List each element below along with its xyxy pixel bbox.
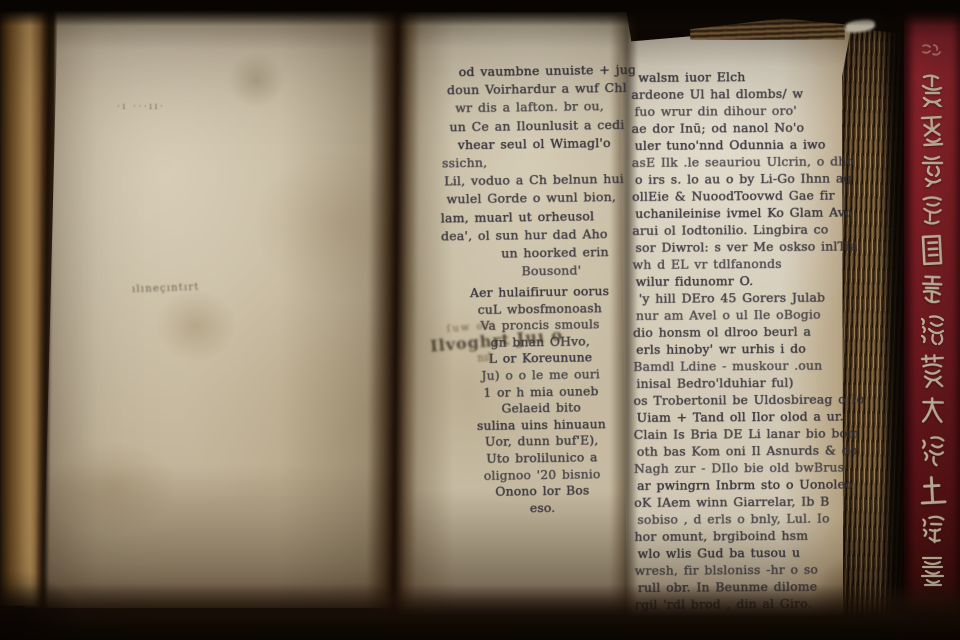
text-line: un hoorked erin [501,243,637,263]
faint-ink-mark: ·ı ···ıı· [117,102,165,112]
bottom-left-shadow [0,540,120,640]
text-line: dio honsm ol dlroo beurl a [633,322,877,341]
text-line: Clain Is Bria DE Li lanar bio bom [634,424,878,443]
spine-character-glyph [917,73,947,107]
text-line: Uiam + Tand oll Ilor olod a ur. [636,407,877,426]
middle-page-text-block-a: od vaumbne unuiste + jugdoun Voirhardur … [438,61,637,282]
spine-character-glyph [916,512,947,547]
text-line: uler tuno'nnd Odunnia a iwo [635,135,876,154]
text-line: Nagh zur - DIlo bie old bwBrus- [634,458,878,477]
text-line: sor Diwrol: s ver Me oskso inlTia [635,237,876,256]
text-line: ardeone Ul hal dlombs/ w [631,84,875,103]
text-line: wresh, fir blsloniss -hr o so [635,560,879,579]
text-line: nur am Avel o ul Ile oBogio [636,305,877,324]
text-line: inisal Bedro'lduhiar ful) [636,373,877,392]
spine-character-glyph [915,232,948,269]
text-line: 'y hill DEro 45 Gorers Julab [639,288,877,307]
text-line: sobiso , d erls o bnly, Lul. Io [637,509,878,528]
red-spine [904,0,960,640]
spine-character-glyph [917,313,947,347]
spine-character-glyph [915,112,948,149]
right-page-text-block: walsm iuor Elchardeone Ul hal dlombs/ wf… [631,67,879,613]
left-blank-page [22,8,400,608]
text-line: Bousond' [521,261,637,281]
text-line: ollEie & NuoodToovwd Gae fir [632,186,876,205]
spine-top-mark-glyph [920,42,944,60]
text-line: oth bas Kom oni Il Asnurds & do [637,441,878,460]
text-line: oK IAem winn Giarrelar, Ib B [634,492,878,511]
spine-character-glyph [916,432,947,467]
text-line: hor omunt, brgiboind hsm [634,526,878,545]
text-line: wh d EL vr tdlfanonds [632,254,876,273]
spine-character-glyph [916,272,947,307]
text-line: wlo wlis Gud ba tusou u [637,543,878,562]
text-line: fuo wrur din dihour oro' [634,101,875,120]
open-antique-book-photo: ·ı ···ıı· ılıneçıntırt od vaumbne unuist… [0,0,960,640]
text-line: os Trobertonil be Uldosbireag o Io [633,390,877,409]
text-line: walsm iuor Elch [638,67,875,86]
text-line: ar pwingrn Inbrm sto o Uonoleo [637,475,878,494]
text-line: eso. [449,498,635,517]
spine-character-glyph [917,153,947,187]
text-line: Bamdl Ldine - muskour .oun [633,356,877,375]
book-gutter-shadow [366,2,420,638]
text-line: od vaumbne unuiste + jug [458,61,634,82]
faint-ink-mark: ılıneçıntırt [132,282,200,295]
spine-character-glyph [917,393,946,426]
spine-character-glyph [915,472,948,509]
spine-character-glyph [917,193,946,226]
bottom-dark-band [0,584,960,640]
spine-calligraphy-column [917,42,947,590]
text-line: erls hinoby' wr urhis i do [636,339,877,358]
text-line: uchanileinise ivmel Ko Glam Avo [635,203,876,222]
spine-character-glyph [915,352,948,389]
text-line: asE Ilk .le seauriou Ulcrin, o dho [632,152,876,171]
text-line: wilur fidunomr O. [636,271,877,290]
text-line: arui ol Iodtonilio. Lingbira co [632,220,876,239]
top-dark-band [0,0,960,26]
text-line: ae dor Inū; od nanol No'o [631,118,875,137]
spine-character-glyph [917,553,947,587]
text-line: o irs s. lo au o by Li-Go Ihnn ag [635,169,876,188]
